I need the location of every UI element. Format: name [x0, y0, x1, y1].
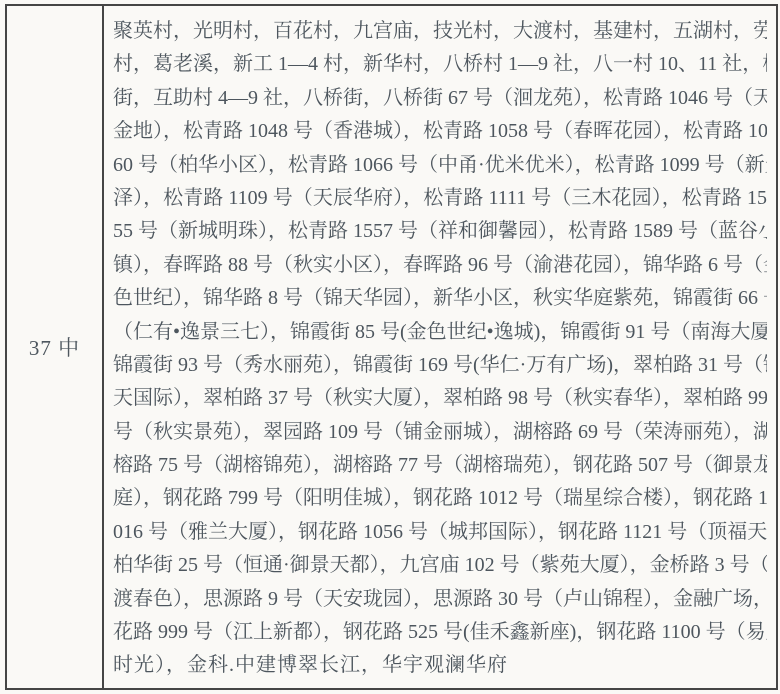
address-line: 花路 999 号（江上新都），钢花路 525 号(佳禾鑫新座)，钢花路 1100… — [113, 616, 767, 649]
school-name-cell: 37 中 — [7, 6, 104, 688]
address-line: 街，互助村 4—9 社，八桥街，八桥街 67 号（洄龙苑），松青路 1046 号… — [113, 82, 767, 115]
address-list-cell: 聚英村，光明村，百花村，九宫庙，技光村，大渡村，基建村，五湖村，劳动村，葛老溪，… — [104, 6, 776, 688]
address-line: 60 号（柏华小区），松青路 1066 号（中甬·优米优米），松青路 1099 … — [113, 149, 767, 182]
address-line: 色世纪），锦华路 8 号（锦天华园），新华小区，秋实华庭紫苑，锦霞街 66 号 — [113, 282, 767, 315]
address-line: 庭），钢花路 799 号（阳明佳城），钢花路 1012 号（瑞星综合楼），钢花路… — [113, 482, 767, 515]
address-line: 聚英村，光明村，百花村，九宫庙，技光村，大渡村，基建村，五湖村，劳动 — [113, 15, 767, 48]
address-line: 55 号（新城明珠），松青路 1557 号（祥和御馨园），松青路 1589 号（… — [113, 215, 767, 248]
address-line: 镇），春晖路 88 号（秋实小区），春晖路 96 号（渝港花园），锦华路 6 号… — [113, 249, 767, 282]
address-line: 时光），金科.中建博翠长江，华宇观澜华府 — [113, 649, 767, 682]
address-line: 榕路 75 号（湖榕锦苑），湖榕路 77 号（湖榕瑞苑），钢花路 507 号（御… — [113, 449, 767, 482]
address-line: 天国际），翠柏路 37 号（秋实大厦），翠柏路 98 号（秋实春华），翠柏路 9… — [113, 382, 767, 415]
address-line: 016 号（雅兰大厦），钢花路 1056 号（城邦国际），钢花路 1121 号（… — [113, 516, 767, 549]
address-line: 号（秋实景苑），翠园路 109 号（铺金丽城），湖榕路 69 号（荣涛丽苑），湖 — [113, 416, 767, 449]
address-line: 柏华街 25 号（恒通·御景天都），九宫庙 102 号（紫苑大厦），金桥路 3 … — [113, 549, 767, 582]
address-line: （仁有•逸景三七），锦霞街 85 号(金色世纪•逸城)，锦霞街 91 号（南海大… — [113, 316, 767, 349]
school-district-document: 37 中 聚英村，光明村，百花村，九宫庙，技光村，大渡村，基建村，五湖村，劳动村… — [0, 0, 780, 694]
school-name: 37 中 — [29, 332, 80, 362]
address-line: 村，葛老溪，新工 1—4 村，新华村，八桥村 1—9 社，八一村 10、11 社… — [113, 48, 767, 81]
address-line: 金地），松青路 1048 号（香港城），松青路 1058 号（春晖花园），松青路… — [113, 115, 767, 148]
school-district-table: 37 中 聚英村，光明村，百花村，九宫庙，技光村，大渡村，基建村，五湖村，劳动村… — [5, 4, 778, 690]
address-line: 渡春色），思源路 9 号（天安珑园），思源路 30 号（卢山锦程），金融广场，钢 — [113, 583, 767, 616]
address-line: 锦霞街 93 号（秀水丽苑），锦霞街 169 号(华仁·万有广场)，翠柏路 31… — [113, 349, 767, 382]
address-line: 泽），松青路 1109 号（天辰华府），松青路 1111 号（三木花园），松青路… — [113, 182, 767, 215]
